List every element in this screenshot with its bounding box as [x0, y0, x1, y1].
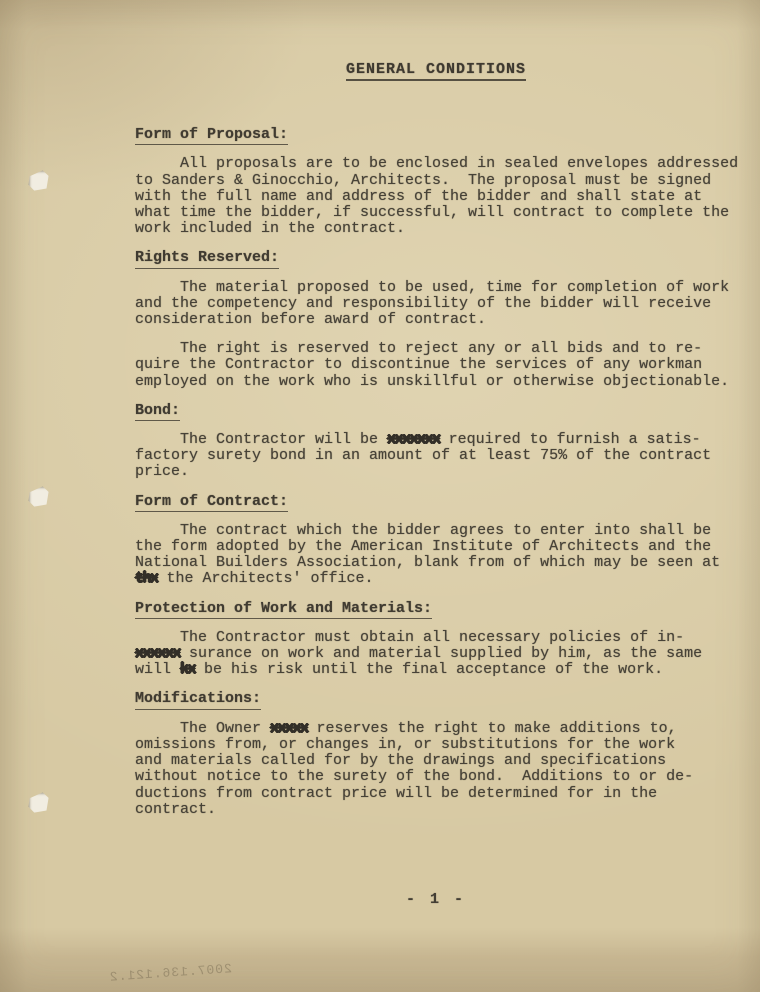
overstruck-text: kx	[180, 661, 195, 678]
paragraph: All proposals are to be enclosed in seal…	[135, 156, 757, 237]
paper-hole	[28, 170, 49, 191]
section-protection-of-work-and-materials: Protection of Work and Materials: The Co…	[135, 601, 757, 679]
section-bond: Bond: The Contractor will be xxxxxxx req…	[135, 403, 757, 481]
text-run: The Contractor will be	[135, 431, 387, 448]
overstruck-text: xxxxxx	[135, 645, 180, 662]
overstruck-text: xxxxxxx	[387, 431, 440, 448]
section-heading: Bond:	[135, 403, 757, 421]
accession-number-stamp: 2007.136.121.2	[92, 961, 233, 986]
section-heading: Rights Reserved:	[135, 250, 757, 268]
overstruck-text: thx	[135, 570, 158, 587]
section-rights-reserved: Rights Reserved: The material proposed t…	[135, 250, 757, 389]
document-content: GENERAL CONDITIONS Form of Proposal: All…	[135, 0, 757, 908]
paragraph: The right is reserved to reject any or a…	[135, 341, 757, 390]
sections-container: Form of Proposal: All proposals are to b…	[135, 127, 757, 818]
paragraph: The Contractor will be xxxxxxx required …	[135, 432, 757, 481]
paragraph: The Owner xxxxx reserves the right to ma…	[135, 721, 757, 818]
paper-hole	[28, 486, 49, 507]
section-modifications: Modifications: The Owner xxxxx reserves …	[135, 691, 757, 817]
section-heading: Modifications:	[135, 691, 757, 709]
text-run: the Architects' office.	[158, 570, 374, 587]
text-run: The Owner	[135, 720, 270, 737]
text-run: All proposals are to be enclosed in seal…	[135, 155, 738, 237]
text-run: The Contractor must obtain all necessary…	[135, 629, 684, 646]
document-title: GENERAL CONDITIONS	[346, 62, 526, 81]
section-heading: Protection of Work and Materials:	[135, 601, 757, 619]
text-run: The right is reserved to reject any or a…	[135, 340, 729, 389]
overstruck-text: xxxxx	[270, 720, 308, 737]
paper-hole	[28, 792, 49, 813]
paragraph: The material proposed to be used, time f…	[135, 280, 757, 329]
text-run: The material proposed to be used, time f…	[135, 279, 729, 328]
page-number: - 1 -	[115, 892, 757, 908]
title-wrap: GENERAL CONDITIONS	[115, 0, 757, 81]
section-form-of-contract: Form of Contract: The contract which the…	[135, 494, 757, 588]
paragraph: The Contractor must obtain all necessary…	[135, 630, 757, 679]
section-form-of-proposal: Form of Proposal: All proposals are to b…	[135, 127, 757, 237]
text-run: be his risk until the final acceptance o…	[195, 661, 663, 678]
section-heading: Form of Contract:	[135, 494, 757, 512]
text-run: The contract which the bidder agrees to …	[135, 522, 720, 571]
paragraph: The contract which the bidder agrees to …	[135, 523, 757, 588]
scanned-document-page: GENERAL CONDITIONS Form of Proposal: All…	[0, 0, 760, 992]
section-heading: Form of Proposal:	[135, 127, 757, 145]
